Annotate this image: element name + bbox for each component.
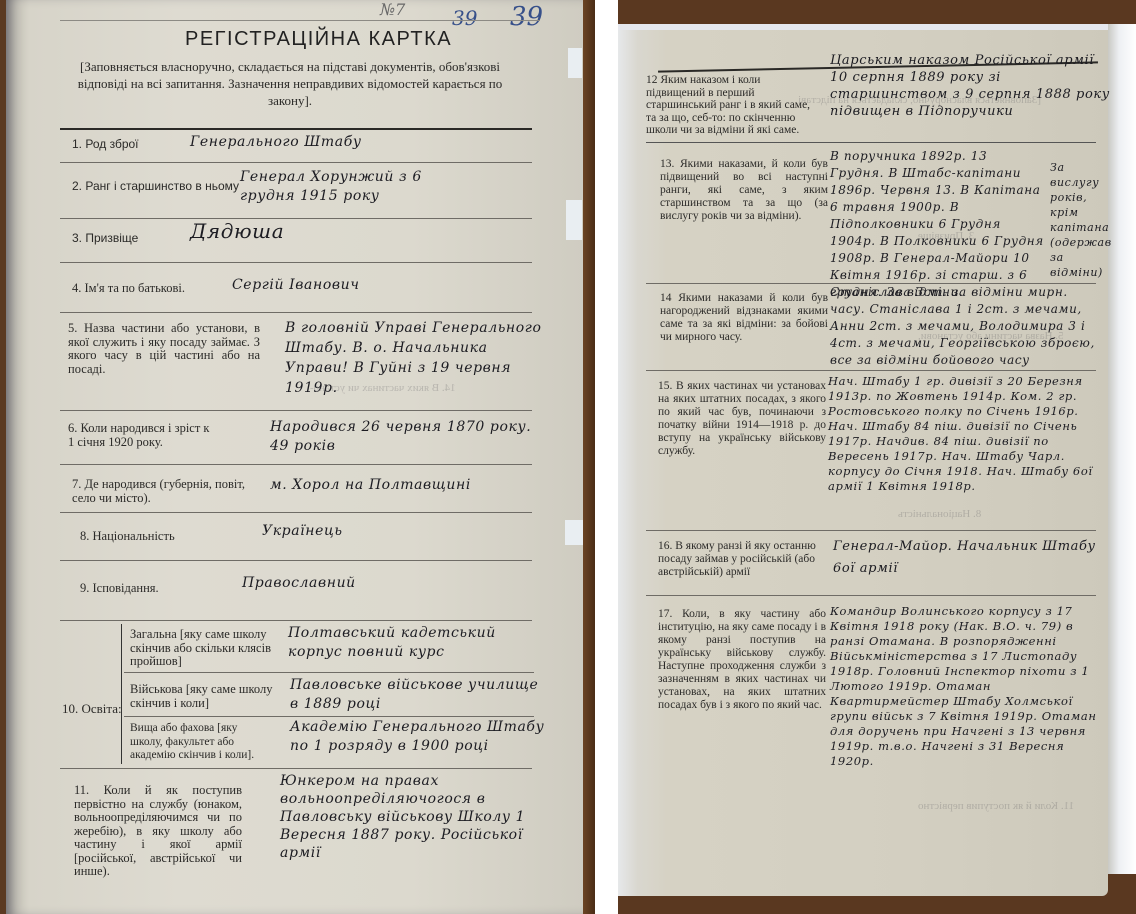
field-16-value: Генерал-Майор. Начальник Штабу 6ої армії [833, 536, 1103, 580]
field-1-label: 1. Род зброї [72, 138, 139, 152]
education-general-value: Полтавський кадетський корпус повний кур… [288, 624, 548, 662]
paper-tear [568, 48, 582, 78]
top-rule [60, 20, 540, 21]
education-higher-label: Вища або фахова [яку школу, факультет аб… [130, 722, 272, 763]
page-stack-edge [1108, 24, 1136, 874]
archive-mark-page: 39 [452, 6, 477, 30]
field-10-label: 10. Освіта: [62, 702, 122, 716]
row-divider [60, 312, 532, 313]
field-4-label: 4. Ім'я та по батькові. [72, 282, 185, 296]
field-5-label: 5. Назва частини або установи, в якої сл… [68, 322, 260, 376]
field-9-value: Православний [242, 574, 356, 593]
field-1-value: Генерального Штабу [190, 133, 362, 152]
field-3-value: Дядюша [190, 222, 284, 241]
row-divider [646, 595, 1096, 596]
field-4-value: Сергій Іванович [232, 276, 360, 295]
field-3-label: 3. Призвіще [72, 232, 138, 246]
field-17-value: Командир Волинського корпусу з 17 Квітня… [830, 604, 1106, 769]
form-instructions: [Заповняється власноручно, складається н… [60, 58, 520, 109]
field-12-value: Царським наказом Російської армії 10 сер… [830, 52, 1110, 120]
field-7-label: 7. Де народився (губернія, повіт, село ч… [72, 478, 252, 505]
field-17-label: 17. Коли, в яку частину або інституцію, … [658, 608, 826, 712]
paper-tear [565, 520, 583, 545]
education-military-label: Військова [яку саме школу скінчив і коли… [130, 683, 280, 710]
paper-tear [566, 200, 582, 240]
header-divider [60, 128, 532, 130]
field-2-label: 2. Ранг і старшинство в ньому [72, 180, 239, 194]
field-15-label: 15. В яких частинах чи установах на яких… [658, 380, 826, 458]
field-11-value: Юнкером на правах вольноопреділяючогося … [280, 772, 550, 862]
row-divider [124, 672, 534, 673]
field-9-label: 9. Ісповідання. [80, 582, 159, 596]
field-8-label: 8. Національність [80, 530, 175, 544]
bleed-through-text: 8. Національність [898, 508, 981, 520]
row-divider [60, 512, 532, 513]
row-divider [60, 620, 532, 621]
row-divider [60, 410, 532, 411]
field-13-side-note: За вислугу років, крім капітана (одержав… [1050, 160, 1110, 280]
field-11-label: 11. Коли й як поступив первістно на служ… [74, 784, 242, 879]
education-general-label: Загальна [яку саме школу скінчив або скі… [130, 628, 280, 669]
field-14-label: 14 Якими наказами й коли був нагороджени… [660, 292, 828, 344]
row-divider [60, 162, 532, 163]
row-divider [60, 464, 532, 465]
field-15-value: Нач. Штабу 1 гр. дивізії з 20 Березня 19… [828, 374, 1106, 494]
field-12-label: 12 Яким наказом і коли підвищений в перш… [646, 74, 816, 137]
row-divider [124, 716, 534, 717]
row-divider [646, 530, 1096, 531]
row-divider [60, 560, 532, 561]
row-divider [60, 768, 532, 769]
field-8-value: Українець [262, 522, 343, 541]
education-higher-value: Академію Генерального Штабу по 1 розряду… [290, 718, 552, 756]
archive-mark-page-corrected: 39 [510, 2, 543, 32]
wooden-table-edge [583, 0, 595, 914]
archive-mark-number: №7 [380, 0, 405, 19]
row-divider [60, 262, 532, 263]
document-title: РЕГІСТРАЦІЙНА КАРТКА [185, 28, 452, 51]
row-divider [646, 370, 1096, 371]
education-military-value: Павловське військове училище в 1889 році [290, 676, 550, 714]
field-14-value: Станіслава 3ст. за відміни мирн. часу. С… [830, 284, 1102, 369]
education-brace [121, 624, 122, 764]
field-13-label: 13. Якими наказами, й коли був підвищени… [660, 158, 828, 223]
bleed-through-text: 11. Коли й як поступив первістно [918, 800, 1074, 812]
row-divider [60, 218, 532, 219]
left-page-photo: №7 39 39 РЕГІСТРАЦІЙНА КАРТКА [Заповняєт… [0, 0, 595, 914]
field-6-label: 6. Коли народився і зріст к 1 січня 1920… [68, 422, 218, 449]
field-13-value: В поручника 1892р. 13 Грудня. В Штабс-ка… [830, 148, 1045, 301]
field-16-label: 16. В якому ранзі й яку останню посаду з… [658, 540, 826, 579]
row-divider [646, 142, 1096, 143]
bleed-through-text: 14. В яких частинах чи устано- [310, 382, 456, 394]
right-page-photo: [Заповняється власноручно, складається н… [618, 0, 1136, 914]
field-7-value: м. Хорол на Полтавщині [270, 476, 471, 495]
field-6-value: Народився 26 червня 1870 року. 49 років [270, 418, 550, 456]
field-2-value: Генерал Хорунжий з 6 грудня 1915 року [240, 168, 450, 206]
